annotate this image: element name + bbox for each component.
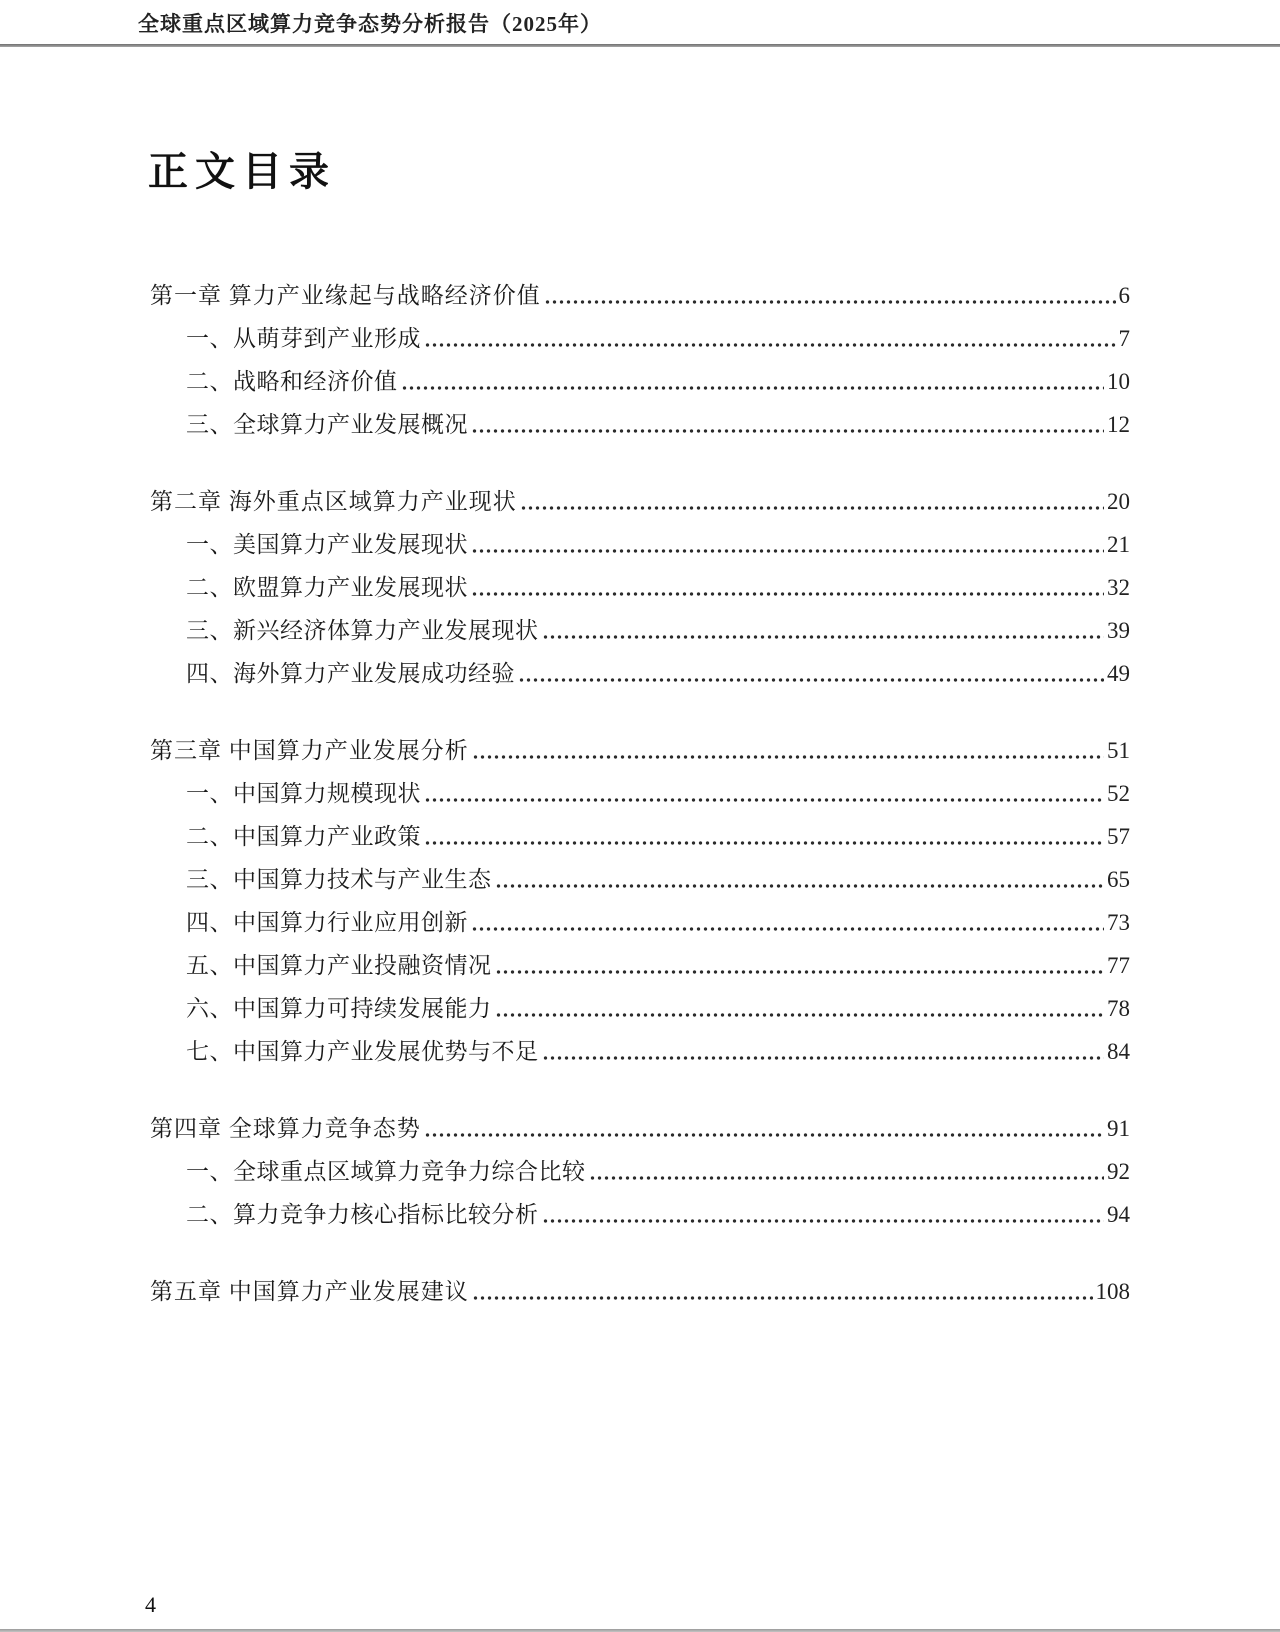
toc-chapter-row[interactable]: 第四章 全球算力竞争态势 91 xyxy=(150,1101,1130,1144)
dot-leader xyxy=(425,779,1104,809)
toc-page-number: 57 xyxy=(1107,822,1130,852)
footer-page-number: 4 xyxy=(145,1592,156,1618)
toc-item-label: 二、欧盟算力产业发展现状 xyxy=(186,573,468,603)
toc-page-number: 32 xyxy=(1107,573,1130,603)
toc-item-label: 一、中国算力规模现状 xyxy=(186,779,421,809)
toc-item-row[interactable]: 四、海外算力产业发展成功经验 49 xyxy=(150,646,1130,689)
toc-item-row[interactable]: 二、战略和经济价值 10 xyxy=(150,354,1130,397)
table-of-contents: 第一章 算力产业缘起与战略经济价值 6 一、从萌芽到产业形成 7 二、战略和经济… xyxy=(150,268,1130,1307)
dot-leader xyxy=(543,616,1105,646)
toc-page-number: 21 xyxy=(1107,530,1130,560)
toc-item-label: 二、中国算力产业政策 xyxy=(186,822,421,852)
toc-page-number: 49 xyxy=(1107,659,1130,689)
toc-item-label: 二、战略和经济价值 xyxy=(186,367,398,397)
dot-leader xyxy=(519,659,1104,689)
toc-item-row[interactable]: 六、中国算力可持续发展能力 78 xyxy=(150,981,1130,1024)
toc-page-number: 52 xyxy=(1107,779,1130,809)
toc-page-number: 39 xyxy=(1107,616,1130,646)
toc-group-chapter-3: 第三章 中国算力产业发展分析 51 一、中国算力规模现状 52 二、中国算力产业… xyxy=(150,723,1130,1067)
toc-group-chapter-2: 第二章 海外重点区域算力产业现状 20 一、美国算力产业发展现状 21 二、欧盟… xyxy=(150,474,1130,689)
toc-item-row[interactable]: 七、中国算力产业发展优势与不足 84 xyxy=(150,1024,1130,1067)
toc-item-row[interactable]: 三、中国算力技术与产业生态 65 xyxy=(150,852,1130,895)
toc-item-label: 六、中国算力可持续发展能力 xyxy=(186,994,492,1024)
toc-chapter-label: 第一章 算力产业缘起与战略经济价值 xyxy=(150,281,541,311)
toc-page-number: 78 xyxy=(1107,994,1130,1024)
toc-item-row[interactable]: 二、欧盟算力产业发展现状 32 xyxy=(150,560,1130,603)
toc-page-number: 7 xyxy=(1119,324,1131,354)
toc-item-label: 一、全球重点区域算力竞争力综合比较 xyxy=(186,1157,586,1187)
toc-page-number: 10 xyxy=(1107,367,1130,397)
toc-item-row[interactable]: 一、中国算力规模现状 52 xyxy=(150,766,1130,809)
toc-chapter-label: 第五章 中国算力产业发展建议 xyxy=(150,1277,469,1307)
dot-leader xyxy=(473,1277,1093,1307)
dot-leader xyxy=(496,865,1105,895)
dot-leader xyxy=(472,908,1104,938)
toc-item-row[interactable]: 三、新兴经济体算力产业发展现状 39 xyxy=(150,603,1130,646)
dot-leader xyxy=(473,736,1104,766)
toc-group-chapter-5: 第五章 中国算力产业发展建议 108 xyxy=(150,1264,1130,1307)
toc-item-row[interactable]: 五、中国算力产业投融资情况 77 xyxy=(150,938,1130,981)
dot-leader xyxy=(521,487,1104,517)
toc-page-number: 77 xyxy=(1107,951,1130,981)
toc-group-chapter-4: 第四章 全球算力竞争态势 91 一、全球重点区域算力竞争力综合比较 92 二、算… xyxy=(150,1101,1130,1230)
toc-page-number: 12 xyxy=(1107,410,1130,440)
dot-leader xyxy=(496,994,1105,1024)
toc-item-label: 三、全球算力产业发展概况 xyxy=(186,410,468,440)
toc-page-number: 94 xyxy=(1107,1200,1130,1230)
dot-leader xyxy=(543,1200,1105,1230)
toc-item-label: 四、海外算力产业发展成功经验 xyxy=(186,659,515,689)
dot-leader xyxy=(472,530,1104,560)
toc-page-number: 91 xyxy=(1107,1114,1130,1144)
toc-chapter-row[interactable]: 第二章 海外重点区域算力产业现状 20 xyxy=(150,474,1130,517)
toc-page-number: 20 xyxy=(1107,487,1130,517)
dot-leader xyxy=(425,822,1104,852)
toc-page-number: 73 xyxy=(1107,908,1130,938)
page-title: 正文目录 xyxy=(148,140,336,197)
toc-item-row[interactable]: 一、全球重点区域算力竞争力综合比较 92 xyxy=(150,1144,1130,1187)
toc-item-label: 二、算力竞争力核心指标比较分析 xyxy=(186,1200,539,1230)
toc-chapter-label: 第二章 海外重点区域算力产业现状 xyxy=(150,487,517,517)
dot-leader xyxy=(472,410,1104,440)
dot-leader xyxy=(425,324,1116,354)
toc-item-label: 三、新兴经济体算力产业发展现状 xyxy=(186,616,539,646)
dot-leader xyxy=(472,573,1104,603)
toc-item-row[interactable]: 一、美国算力产业发展现状 21 xyxy=(150,517,1130,560)
toc-item-row[interactable]: 一、从萌芽到产业形成 7 xyxy=(150,311,1130,354)
dot-leader xyxy=(545,281,1116,311)
toc-item-row[interactable]: 二、算力竞争力核心指标比较分析 94 xyxy=(150,1187,1130,1230)
dot-leader xyxy=(543,1037,1105,1067)
toc-item-label: 四、中国算力行业应用创新 xyxy=(186,908,468,938)
toc-page-number: 84 xyxy=(1107,1037,1130,1067)
toc-chapter-label: 第三章 中国算力产业发展分析 xyxy=(150,736,469,766)
toc-item-label: 一、从萌芽到产业形成 xyxy=(186,324,421,354)
toc-page-number: 65 xyxy=(1107,865,1130,895)
dot-leader xyxy=(425,1114,1104,1144)
toc-item-row[interactable]: 三、全球算力产业发展概况 12 xyxy=(150,397,1130,440)
toc-item-label: 七、中国算力产业发展优势与不足 xyxy=(186,1037,539,1067)
dot-leader xyxy=(590,1157,1105,1187)
dot-leader xyxy=(402,367,1105,397)
toc-page-number: 6 xyxy=(1119,281,1131,311)
toc-chapter-row[interactable]: 第五章 中国算力产业发展建议 108 xyxy=(150,1264,1130,1307)
toc-item-label: 三、中国算力技术与产业生态 xyxy=(186,865,492,895)
toc-item-label: 五、中国算力产业投融资情况 xyxy=(186,951,492,981)
toc-page-number: 108 xyxy=(1096,1277,1131,1307)
toc-page-number: 92 xyxy=(1107,1157,1130,1187)
toc-chapter-row[interactable]: 第一章 算力产业缘起与战略经济价值 6 xyxy=(150,268,1130,311)
toc-chapter-row[interactable]: 第三章 中国算力产业发展分析 51 xyxy=(150,723,1130,766)
toc-item-row[interactable]: 二、中国算力产业政策 57 xyxy=(150,809,1130,852)
dot-leader xyxy=(496,951,1105,981)
toc-item-row[interactable]: 四、中国算力行业应用创新 73 xyxy=(150,895,1130,938)
toc-item-label: 一、美国算力产业发展现状 xyxy=(186,530,468,560)
header-rule xyxy=(0,44,1280,47)
toc-page-number: 51 xyxy=(1107,736,1130,766)
toc-group-chapter-1: 第一章 算力产业缘起与战略经济价值 6 一、从萌芽到产业形成 7 二、战略和经济… xyxy=(150,268,1130,440)
header-title: 全球重点区域算力竞争态势分析报告（2025年） xyxy=(138,8,602,38)
toc-chapter-label: 第四章 全球算力竞争态势 xyxy=(150,1114,421,1144)
